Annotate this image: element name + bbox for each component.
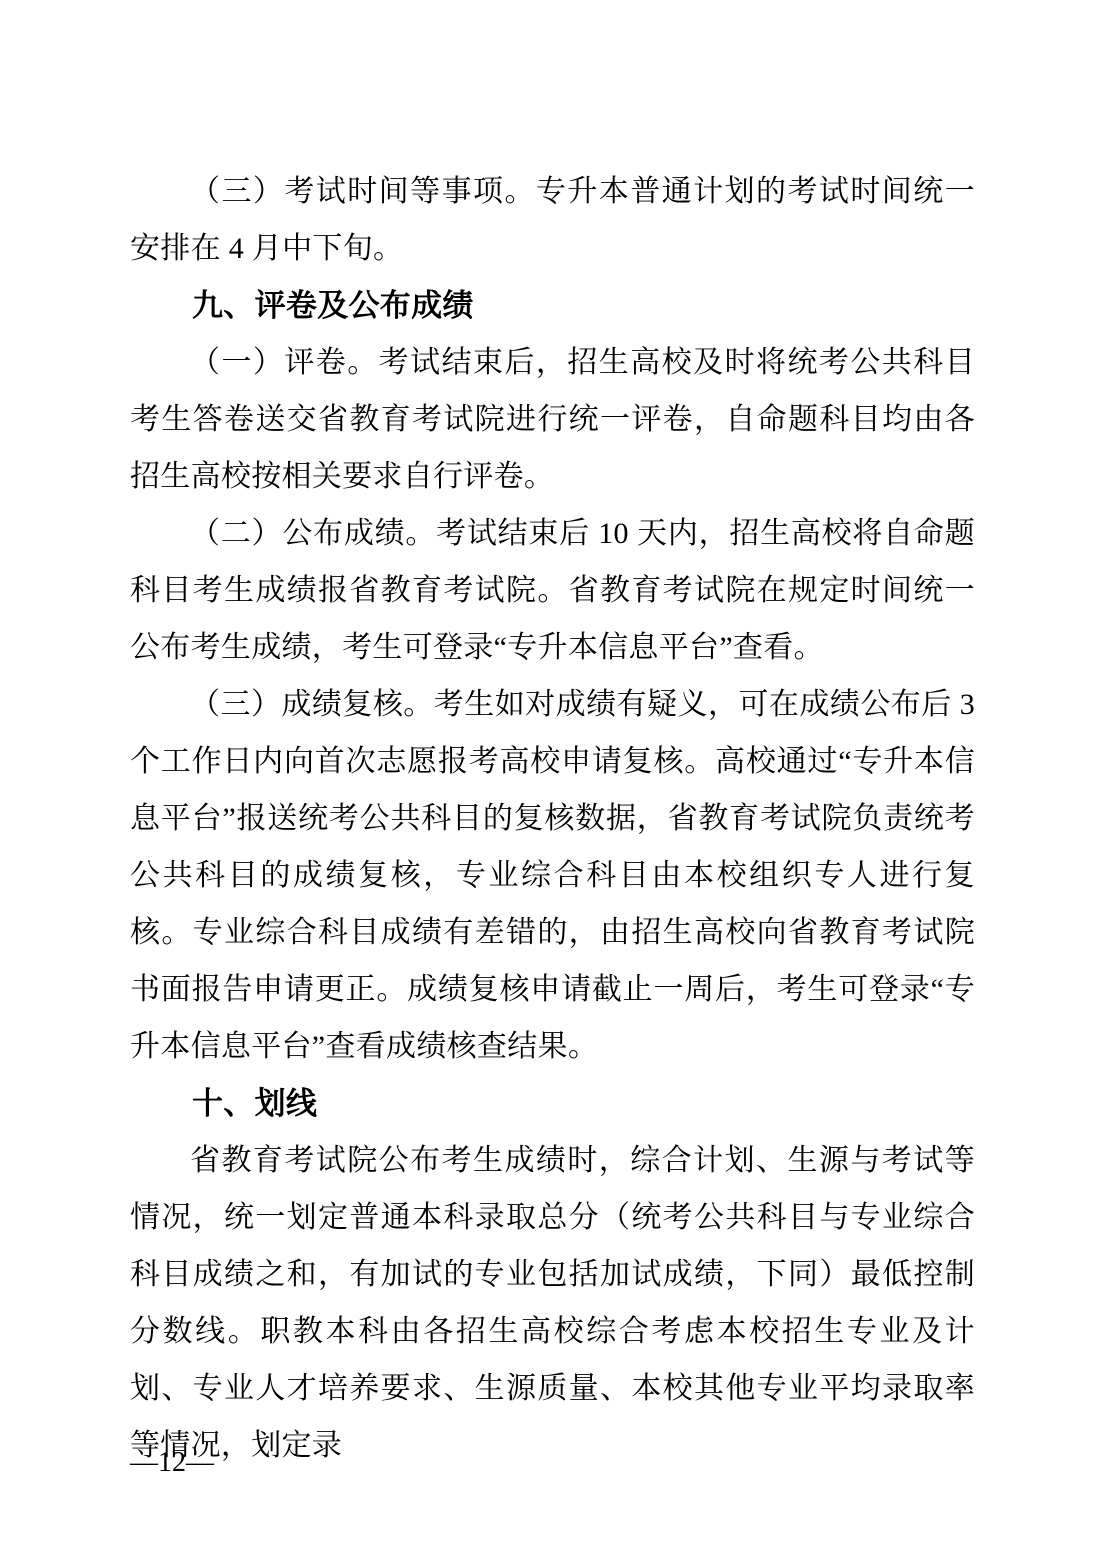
paragraph-exam-time: （三）考试时间等事项。专升本普通计划的考试时间统一安排在 4 月中下旬。 [130,163,975,277]
paragraph-score-publication: （二）公布成绩。考试结束后 10 天内，招生高校将自命题科目考生成绩报省教育考试… [130,505,975,676]
page-number: —12— [130,1448,214,1478]
paragraph-score-line-rules: 省教育考试院公布考生成绩时，综合计划、生源与考试等情况，统一划定普通本科录取总分… [130,1132,975,1474]
heading-section-10-score-line: 十、划线 [130,1075,975,1132]
paragraph-grading: （一）评卷。考试结束后，招生高校及时将统考公共科目考生答卷送交省教育考试院进行统… [130,334,975,505]
heading-section-9-grading-and-score-release: 九、评卷及公布成绩 [130,277,975,334]
paragraph-score-review: （三）成绩复核。考生如对成绩有疑义，可在成绩公布后 3 个工作日内向首次志愿报考… [130,676,975,1075]
document-body: （三）考试时间等事项。专升本普通计划的考试时间统一安排在 4 月中下旬。 九、评… [130,163,975,1474]
document-page: （三）考试时间等事项。专升本普通计划的考试时间统一安排在 4 月中下旬。 九、评… [0,0,1102,1559]
